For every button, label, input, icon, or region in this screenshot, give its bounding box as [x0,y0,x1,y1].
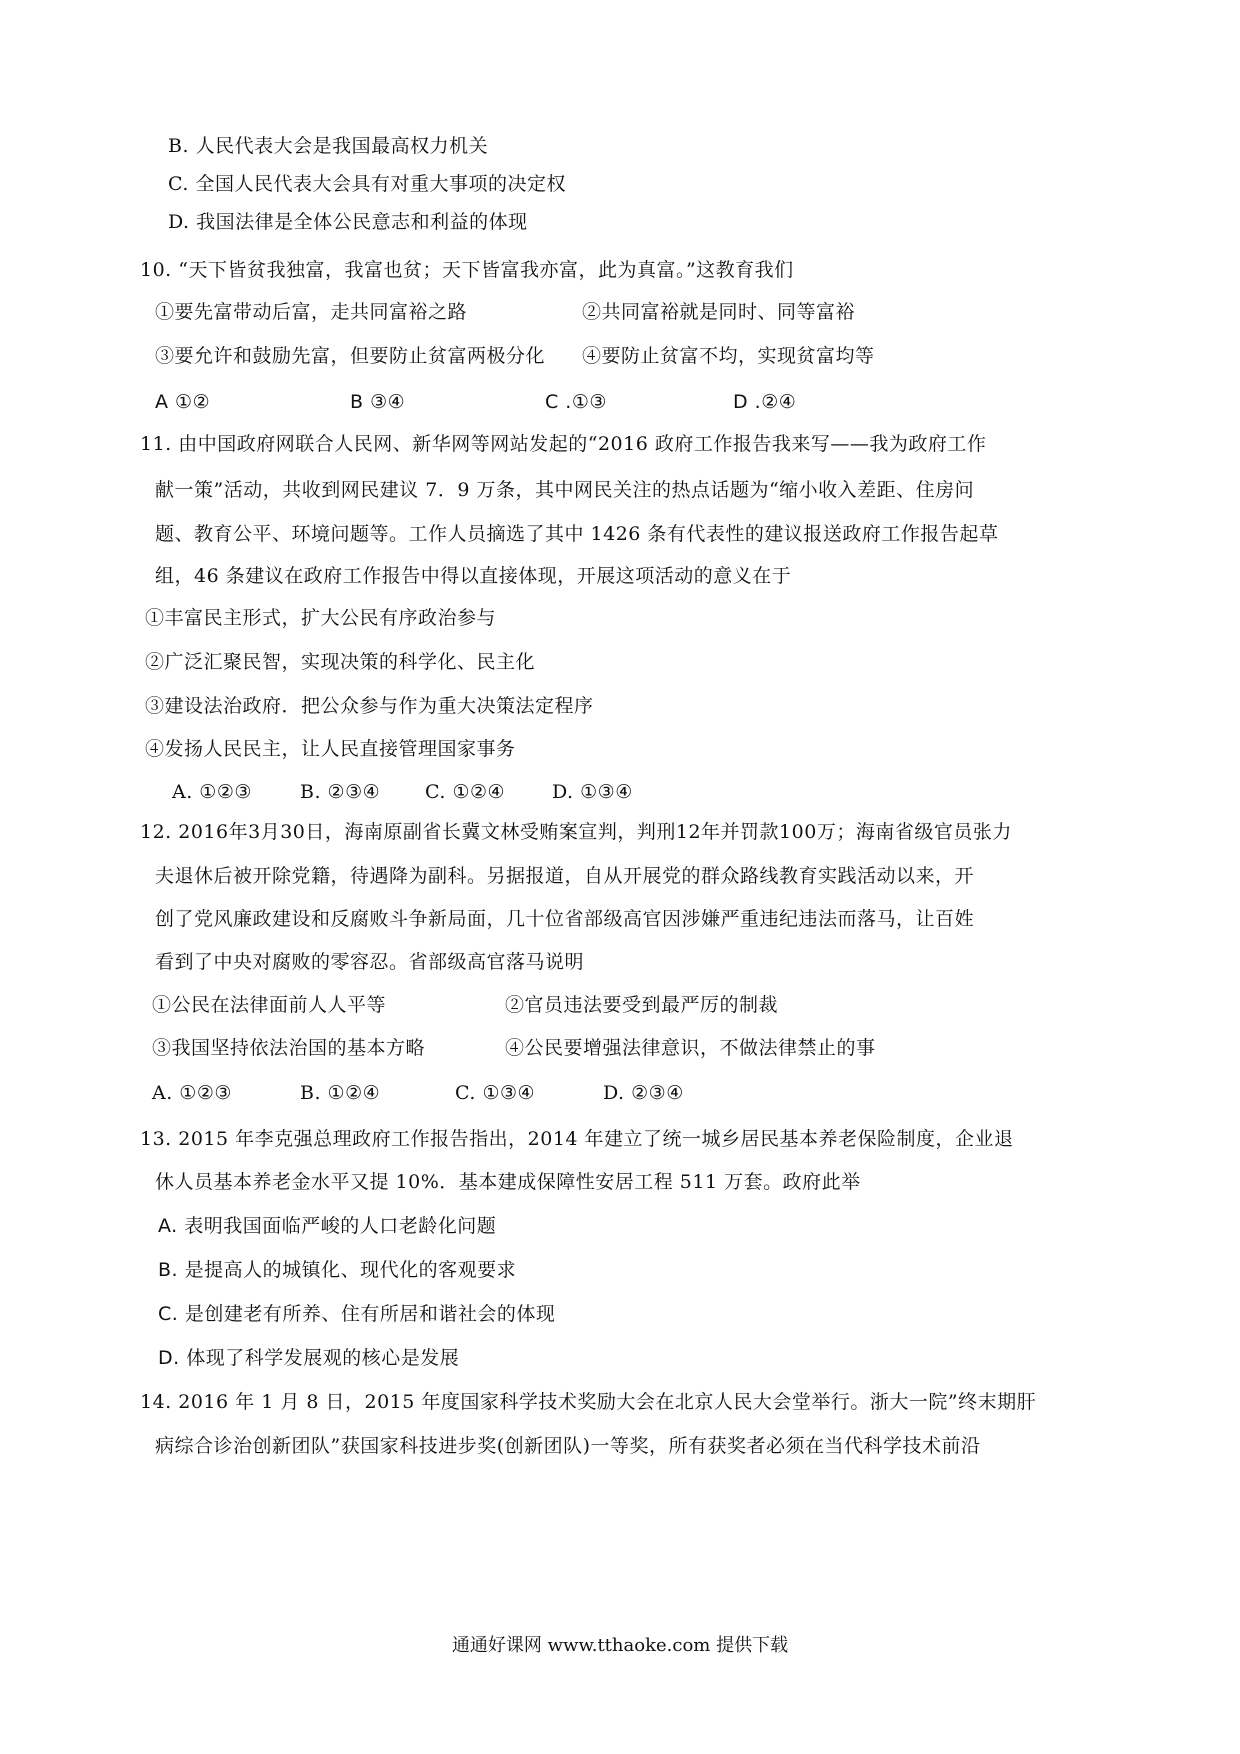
q13-stem-line-1: 13. 2015 年李克强总理政府工作报告指出，2014 年建立了统一城乡居民基… [140,1127,1014,1151]
q12-choice-a: A. ①②③ [152,1081,232,1105]
q11-choice-b: B. ②③④ [300,780,380,804]
q11-stem-line-2: 献一策”活动，共收到网民建议 7．9 万条，其中网民关注的热点话题为“缩小收入差… [155,478,974,502]
q12-statement-1: ①公民在法律面前人人平等 [152,993,386,1017]
q12-statement-3: ③我国坚持依法治国的基本方略 [152,1036,425,1060]
q12-stem-line-1: 12. 2016年3月30日，海南原副省长冀文林受贿案宣判，判刑12年并罚款10… [140,820,1012,844]
q13-option-b: B. 是提高人的城镇化、现代化的客观要求 [158,1258,516,1282]
q13-option-c: C. 是创建老有所养、住有所居和谐社会的体现 [158,1302,555,1326]
q11-stem-line-1: 11. 由中国政府网联合人民网、新华网等网站发起的“2016 政府工作报告我来写… [140,432,986,456]
option-label: D. [168,211,190,233]
q10-statement-1: ①要先富带动后富，走共同富裕之路 [155,300,467,324]
q11-choice-d: D. ①③④ [552,780,633,804]
q10-choice-c: C .①③ [545,390,607,414]
q9-option-b: B. 人民代表大会是我国最高权力机关 [168,134,488,158]
q11-statement-3: ③建设法治政府．把公众参与作为重大决策法定程序 [145,694,594,718]
q11-stem-line-3: 题、教育公平、环境问题等。工作人员摘选了其中 1426 条有代表性的建议报送政府… [155,522,998,546]
option-label: C. [168,173,189,195]
q12-choice-d: D. ②③④ [603,1081,684,1105]
q10-statement-3: ③要允许和鼓励先富，但要防止贫富两极分化 [155,344,545,368]
page-footer: 通通好课网 www.tthaoke.com 提供下载 [0,1634,1240,1658]
q14-stem-line-1: 14. 2016 年 1 月 8 日，2015 年度国家科学技术奖励大会在北京人… [140,1390,1036,1414]
q12-choice-c: C. ①③④ [455,1081,535,1105]
q11-statement-1: ①丰富民主形式，扩大公民有序政治参与 [145,606,496,630]
q10-choice-a: A ①② [155,390,210,414]
q13-option-d: D. 体现了科学发展观的核心是发展 [158,1346,459,1370]
q13-option-a: A. 表明我国面临严峻的人口老龄化问题 [158,1214,496,1238]
q10-statement-2: ②共同富裕就是同时、同等富裕 [582,300,855,324]
q11-stem-line-4: 组，46 条建议在政府工作报告中得以直接体现，开展这项活动的意义在于 [155,564,791,588]
q13-stem-line-2: 休人员基本养老金水平又提 10%．基本建成保障性安居工程 511 万套。政府此举 [155,1170,861,1194]
option-text: 人民代表大会是我国最高权力机关 [196,135,489,157]
q11-statement-2: ②广泛汇聚民智，实现决策的科学化、民主化 [145,650,535,674]
q10-statement-4: ④要防止贫富不均，实现贫富均等 [582,344,875,368]
q11-choice-c: C. ①②④ [425,780,505,804]
q10-choice-d: D .②④ [733,390,796,414]
q12-statement-2: ②官员违法要受到最严厉的制裁 [505,993,778,1017]
q9-option-d: D. 我国法律是全体公民意志和利益的体现 [168,210,528,234]
option-label: B. [168,135,189,157]
q12-stem-line-3: 创了党风廉政建设和反腐败斗争新局面，几十位省部级高官因涉嫌严重违纪违法而落马，让… [155,907,974,931]
q10-choice-b: B ③④ [350,390,405,414]
q10-stem: 10. “天下皆贫我独富，我富也贫；天下皆富我亦富，此为真富。”这教育我们 [140,258,794,282]
q14-stem-line-2: 病综合诊治创新团队”获国家科技进步奖(创新团队)一等奖，所有获奖者必须在当代科学… [155,1434,981,1458]
q12-statement-4: ④公民要增强法律意识，不做法律禁止的事 [505,1036,876,1060]
q9-option-c: C. 全国人民代表大会具有对重大事项的决定权 [168,172,566,196]
option-text: 我国法律是全体公民意志和利益的体现 [196,211,528,233]
option-text: 全国人民代表大会具有对重大事项的决定权 [195,173,566,195]
q12-choice-b: B. ①②④ [300,1081,380,1105]
q11-statement-4: ④发扬人民民主，让人民直接管理国家事务 [145,737,516,761]
q12-stem-line-2: 夫退休后被开除党籍，待遇降为副科。另据报道，自从开展党的群众路线教育实践活动以来… [155,864,974,888]
q12-stem-line-4: 看到了中央对腐败的零容忍。省部级高官落马说明 [155,950,584,974]
q11-choice-a: A. ①②③ [172,780,252,804]
